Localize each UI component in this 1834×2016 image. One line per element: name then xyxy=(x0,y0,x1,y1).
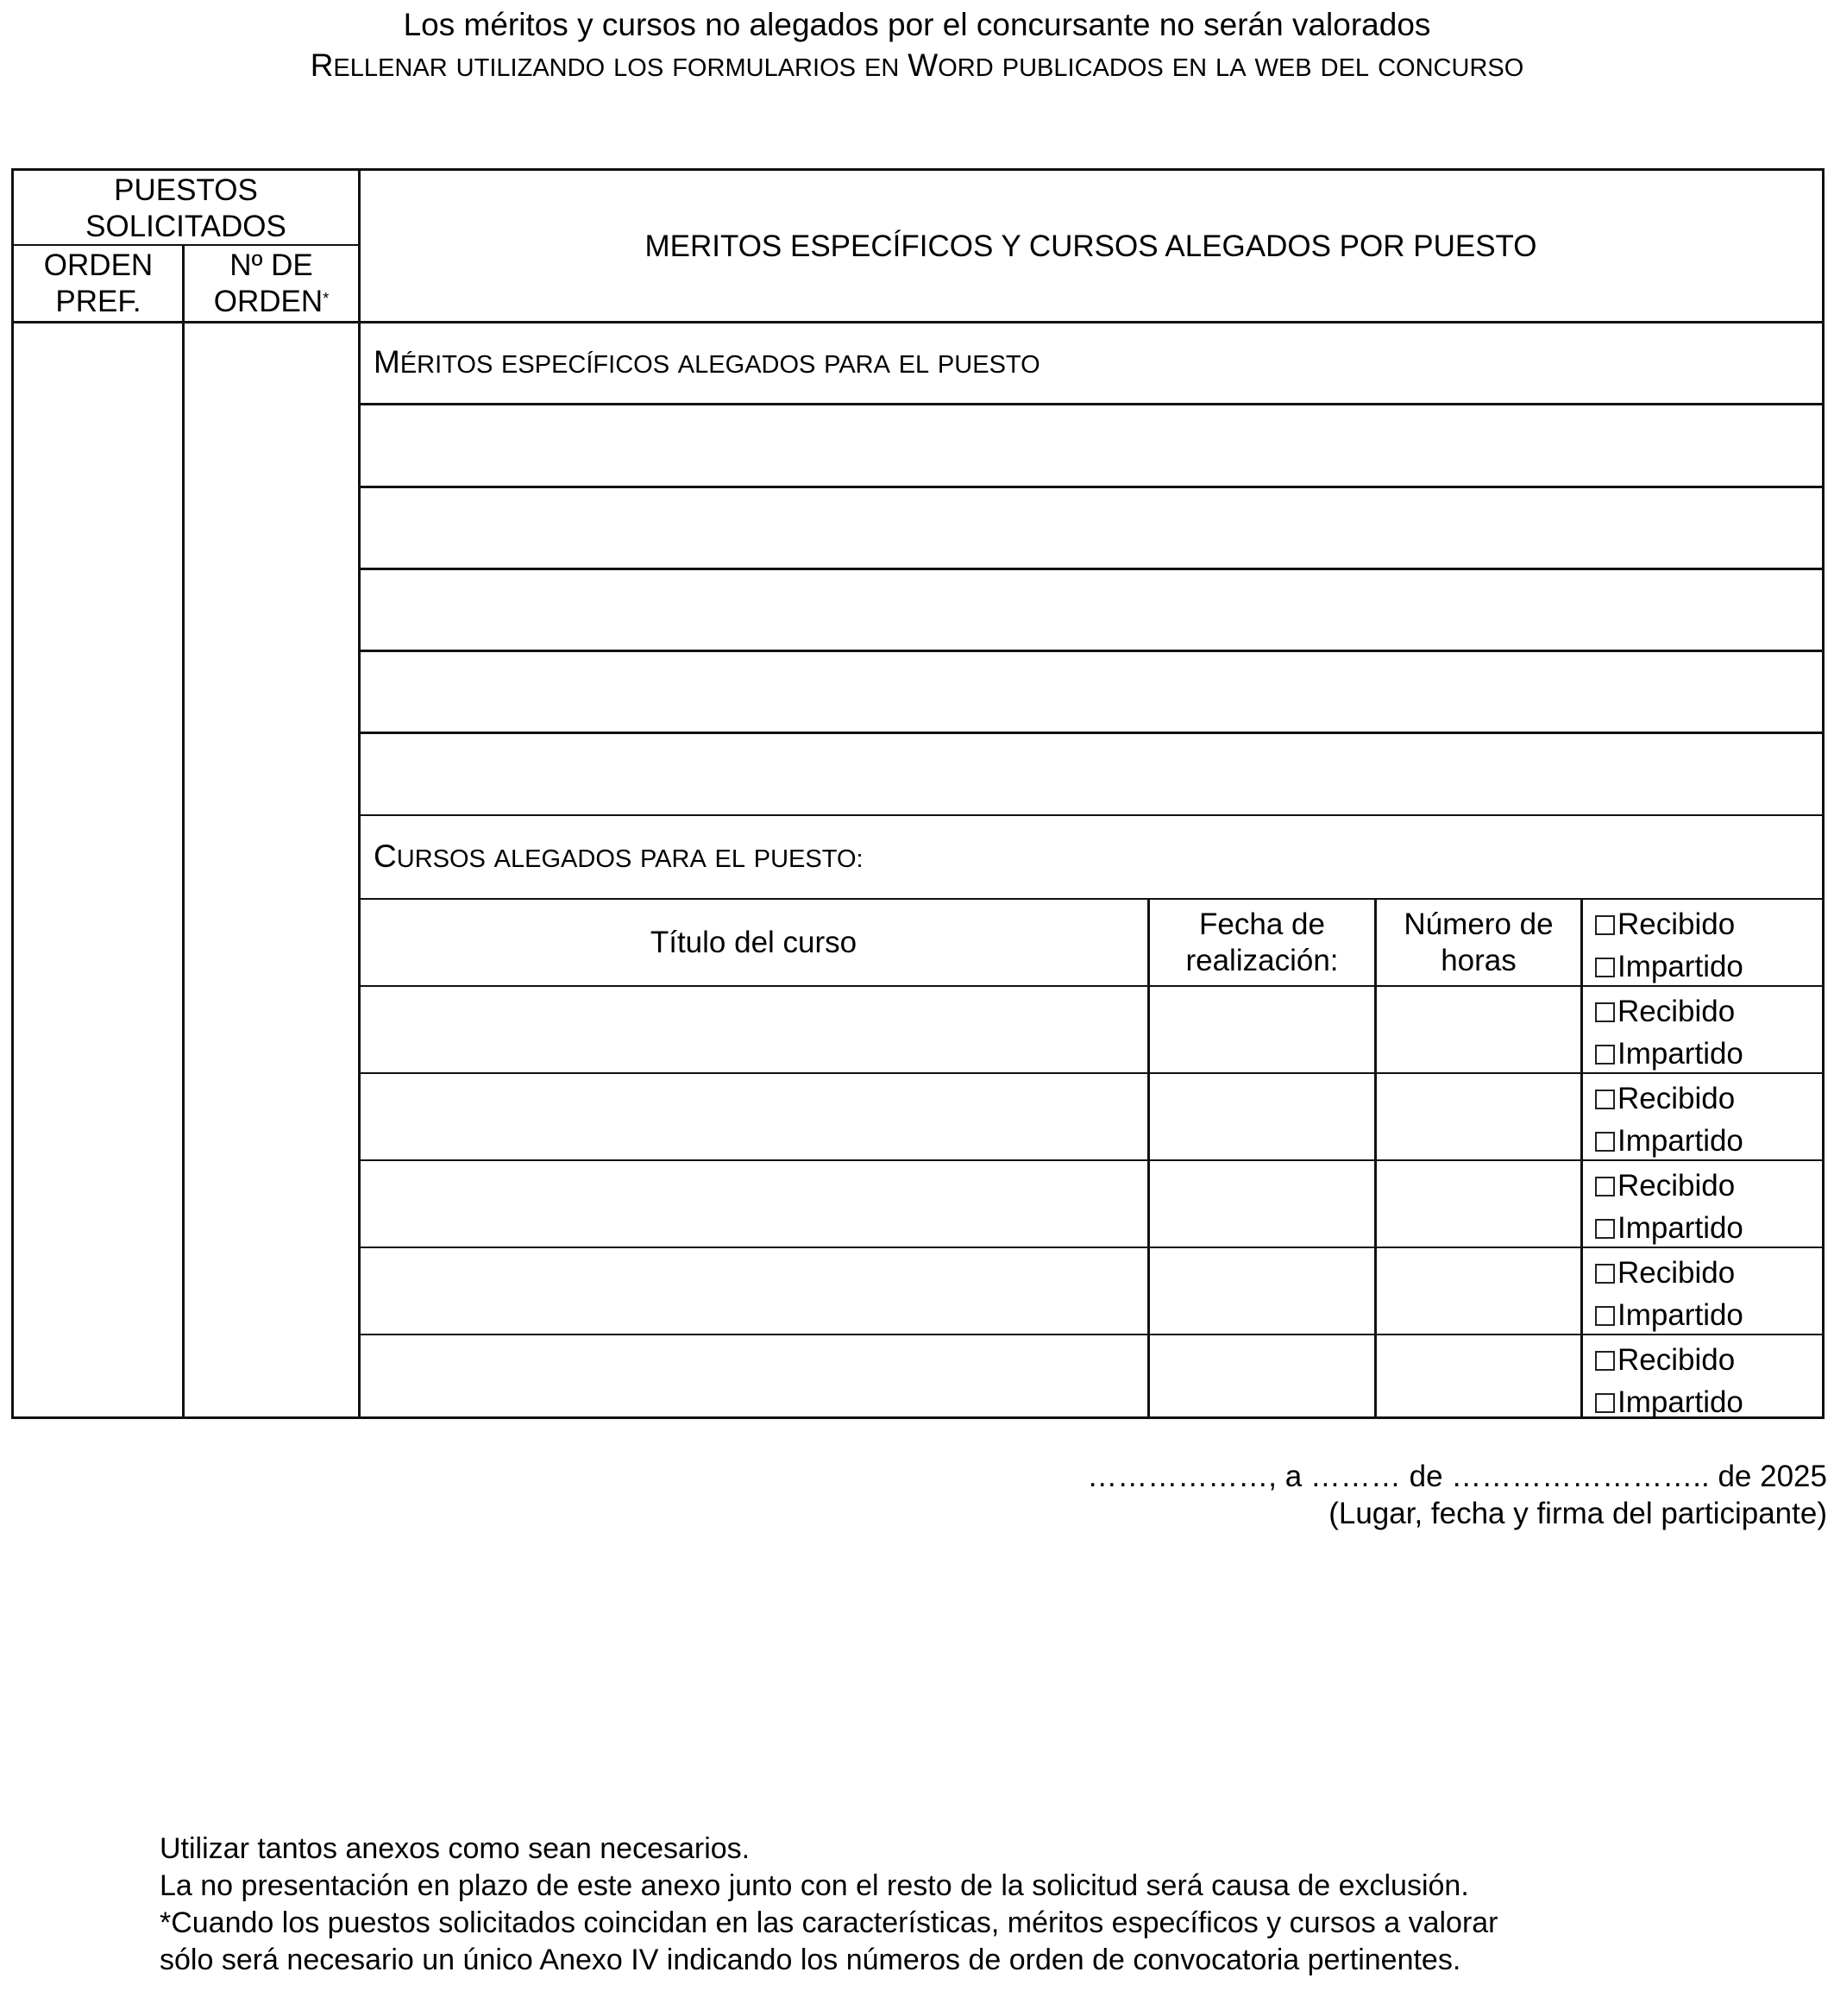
checkbox-option-recibido[interactable]: Recibido xyxy=(1595,1077,1822,1120)
meritos-section-label: MÉRITOS ESPECÍFICOS ALEGADOS PARA EL PUE… xyxy=(360,323,1822,404)
checkbox-icon[interactable] xyxy=(1595,1393,1615,1413)
checkbox-option-impartido[interactable]: Impartido xyxy=(1595,1294,1822,1336)
cursos-section-text: CURSOS ALEGADOS PARA EL PUESTO: xyxy=(374,838,864,877)
checkbox-option-recibido[interactable]: Recibido xyxy=(1595,990,1822,1033)
checkbox-icon[interactable] xyxy=(1595,1045,1615,1065)
checkbox-icon[interactable] xyxy=(1595,1264,1615,1284)
course-horas-field[interactable] xyxy=(1377,988,1580,1071)
course-fecha-field[interactable] xyxy=(1150,1249,1374,1333)
merito-row[interactable] xyxy=(360,405,1822,486)
course-checkbox-group: RecibidoImpartido xyxy=(1583,1075,1822,1159)
checkbox-label: Recibido xyxy=(1617,1256,1735,1290)
footer-notes: Utilizar tantos anexos como sean necesar… xyxy=(160,1831,1498,1979)
checkbox-icon[interactable] xyxy=(1595,1351,1615,1371)
note-line: sólo será necesario un único Anexo IV in… xyxy=(160,1942,1498,1979)
merito-row[interactable] xyxy=(360,651,1822,732)
checkbox-label: Impartido xyxy=(1617,1037,1743,1071)
checkbox-label: Recibido xyxy=(1617,1082,1735,1115)
course-horas-field[interactable] xyxy=(1377,1162,1580,1246)
checkbox-label: Recibido xyxy=(1617,995,1735,1028)
checkbox-option-recibido[interactable]: Recibido xyxy=(1595,1165,1822,1207)
col-titulo-curso: Título del curso xyxy=(360,901,1147,985)
checkbox-icon[interactable] xyxy=(1595,1177,1615,1196)
checkbox-label: Recibido xyxy=(1617,1343,1735,1377)
checkbox-label: Impartido xyxy=(1617,1385,1743,1419)
checkbox-option-recibido[interactable]: Recibido xyxy=(1595,1252,1822,1294)
course-checkbox-group: RecibidoImpartido xyxy=(1583,1336,1822,1421)
col-no-orden: Nº DE ORDEN* xyxy=(184,246,359,322)
checkbox-option-impartido[interactable]: Impartido xyxy=(1595,1120,1822,1162)
footnote-mark: * xyxy=(323,290,329,307)
no-orden-field[interactable] xyxy=(185,323,357,1419)
checkbox-icon[interactable] xyxy=(1595,1090,1615,1109)
col-orden-pref: ORDEN PREF. xyxy=(14,246,183,322)
course-horas-field[interactable] xyxy=(1377,1336,1580,1420)
checkbox-icon[interactable] xyxy=(1595,1132,1615,1152)
checkbox-option-impartido[interactable]: Impartido xyxy=(1595,1033,1822,1075)
checkbox-label: Impartido xyxy=(1617,950,1743,983)
col-horas: Número de horas xyxy=(1377,901,1580,985)
meritos-section-text: MÉRITOS ESPECÍFICOS ALEGADOS PARA EL PUE… xyxy=(374,344,1040,383)
course-horas-field[interactable] xyxy=(1377,1249,1580,1333)
cursos-section-label: CURSOS ALEGADOS PARA EL PUESTO: xyxy=(360,817,1822,899)
checkbox-label: Impartido xyxy=(1617,1211,1743,1245)
note-line: Utilizar tantos anexos como sean necesar… xyxy=(160,1831,1498,1868)
course-fecha-field[interactable] xyxy=(1150,1336,1374,1420)
header-checkbox-group: RecibidoImpartido xyxy=(1583,901,1822,985)
merito-row[interactable] xyxy=(360,487,1822,568)
course-checkbox-group: RecibidoImpartido xyxy=(1583,988,1822,1072)
signature-line: ………………, a ……… de …………………….. de 2025 xyxy=(1087,1458,1827,1496)
course-titulo-field[interactable] xyxy=(360,1336,1147,1420)
main-header: MERITOS ESPECÍFICOS Y CURSOS ALEGADOS PO… xyxy=(360,171,1822,322)
merito-row[interactable] xyxy=(360,569,1822,650)
signature-caption: (Lugar, fecha y firma del participante) xyxy=(1328,1495,1827,1533)
checkbox-label: Impartido xyxy=(1617,1298,1743,1332)
checkbox-icon[interactable] xyxy=(1595,1306,1615,1326)
checkbox-icon[interactable] xyxy=(1595,1002,1615,1022)
course-checkbox-group: RecibidoImpartido xyxy=(1583,1249,1822,1334)
note-line: La no presentación en plazo de este anex… xyxy=(160,1868,1498,1905)
merits-table: PUESTOS SOLICITADOS ORDEN PREF. Nº DE OR… xyxy=(11,168,1825,1419)
subtitle-text: RELLENAR UTILIZANDO LOS FORMULARIOS EN W… xyxy=(311,47,1524,83)
course-checkbox-group: RecibidoImpartido xyxy=(1583,1162,1822,1247)
checkbox-option-recibido[interactable]: Recibido xyxy=(1595,1339,1822,1381)
course-horas-field[interactable] xyxy=(1377,1075,1580,1159)
merito-row[interactable] xyxy=(360,733,1822,813)
checkbox-option-recibido[interactable]: Recibido xyxy=(1595,903,1822,945)
checkbox-option-impartido[interactable]: Impartido xyxy=(1595,1207,1822,1249)
col-no-orden-label: Nº DE ORDEN xyxy=(214,248,323,318)
checkbox-label: Impartido xyxy=(1617,1124,1743,1158)
checkbox-icon[interactable] xyxy=(1595,958,1615,977)
checkbox-icon[interactable] xyxy=(1595,915,1615,935)
checkbox-option-impartido[interactable]: Impartido xyxy=(1595,1381,1822,1423)
puestos-header: PUESTOS SOLICITADOS xyxy=(14,171,358,246)
checkbox-label: Recibido xyxy=(1617,908,1735,941)
document-title: Los méritos y cursos no alegados por el … xyxy=(0,3,1834,47)
checkbox-label: Recibido xyxy=(1617,1169,1735,1203)
col-fecha: Fecha de realización: xyxy=(1150,901,1374,985)
course-fecha-field[interactable] xyxy=(1150,1162,1374,1246)
checkbox-option-impartido[interactable]: Impartido xyxy=(1595,945,1822,988)
course-fecha-field[interactable] xyxy=(1150,988,1374,1071)
course-titulo-field[interactable] xyxy=(360,988,1147,1071)
course-titulo-field[interactable] xyxy=(360,1075,1147,1159)
course-titulo-field[interactable] xyxy=(360,1249,1147,1333)
course-fecha-field[interactable] xyxy=(1150,1075,1374,1159)
note-line: *Cuando los puestos solicitados coincida… xyxy=(160,1905,1498,1942)
divider xyxy=(358,814,1822,816)
orden-pref-field[interactable] xyxy=(14,323,182,1419)
course-titulo-field[interactable] xyxy=(360,1162,1147,1246)
document-subtitle: RELLENAR UTILIZANDO LOS FORMULARIOS EN W… xyxy=(0,45,1834,89)
checkbox-icon[interactable] xyxy=(1595,1219,1615,1239)
